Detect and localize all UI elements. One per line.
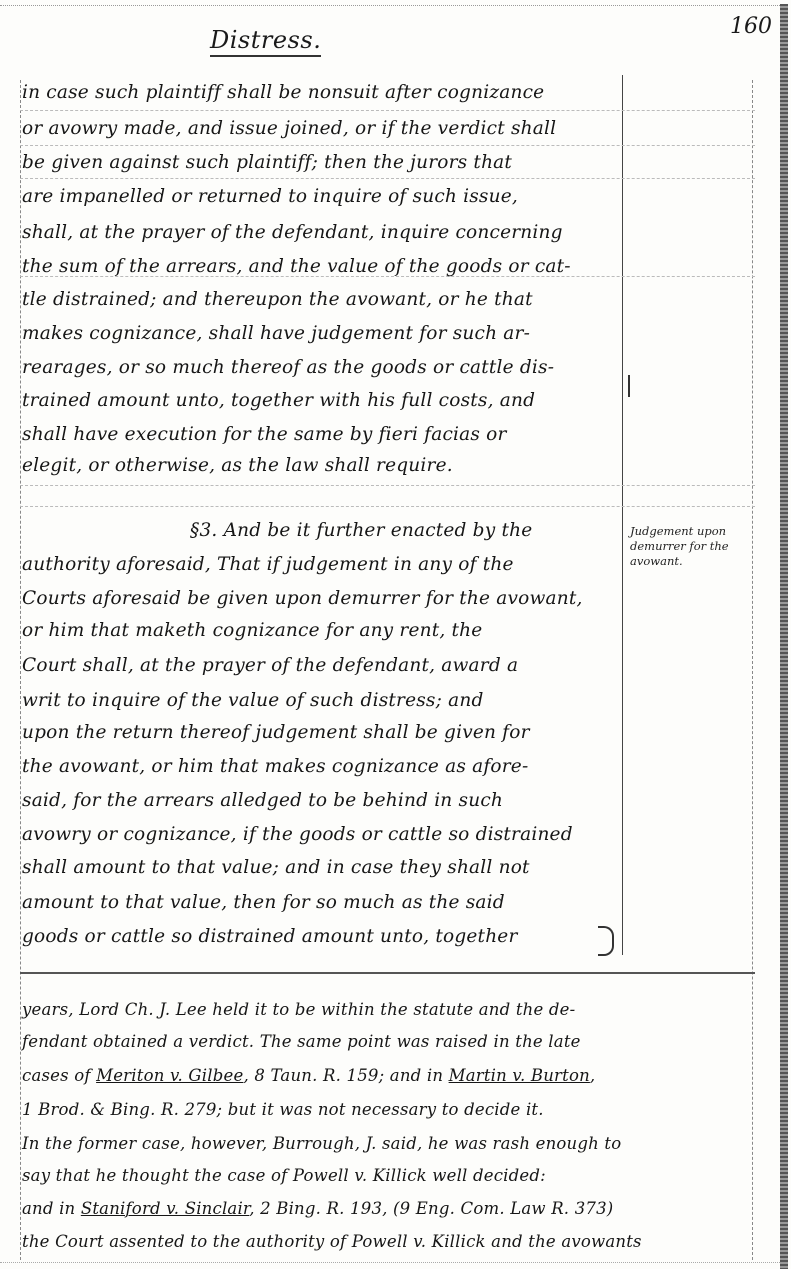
text-line: shall amount to that value; and in case … xyxy=(22,857,530,878)
text-line: Court shall, at the prayer of the defend… xyxy=(22,655,518,676)
ruled-line xyxy=(20,145,755,146)
text-line: elegit, or otherwise, as the law shall r… xyxy=(22,455,453,476)
text-line: goods or cattle so distrained amount unt… xyxy=(22,926,518,947)
text-line: avowry or cognizance, if the goods or ca… xyxy=(22,824,573,845)
footnote-separator xyxy=(20,972,755,974)
page-title: Distress. xyxy=(210,26,321,57)
page-number: 160 xyxy=(730,14,772,39)
footnote-line: 1 Brod. & Bing. R. 279; but it was not n… xyxy=(22,1100,544,1119)
page-top-edge xyxy=(0,0,780,6)
margin-note: Judgement upon demurrer for the avowant. xyxy=(630,524,750,569)
footnote-line: cases of Meriton v. Gilbee, 8 Taun. R. 1… xyxy=(22,1066,595,1085)
ruled-line xyxy=(20,178,755,179)
text-line: shall, at the prayer of the defendant, i… xyxy=(22,222,563,243)
right-margin-rule xyxy=(752,80,753,1260)
text-line: be given against such plaintiff; then th… xyxy=(22,152,512,173)
text-column-rule xyxy=(622,75,623,955)
ruled-line xyxy=(20,506,755,507)
footnote-line: years, Lord Ch. J. Lee held it to be wit… xyxy=(22,1000,575,1019)
text-line: or him that maketh cognizance for any re… xyxy=(22,620,482,641)
text-line: authority aforesaid, That if judgement i… xyxy=(22,554,514,575)
text-line: makes cognizance, shall have judgement f… xyxy=(22,323,530,344)
page-bottom-edge xyxy=(0,1262,780,1264)
case-name: Martin v. Burton xyxy=(449,1066,590,1085)
page-binding-edge xyxy=(780,4,788,1269)
text-line: writ to inquire of the value of such dis… xyxy=(22,690,484,711)
left-margin-rule xyxy=(20,80,21,1260)
text-line: in case such plaintiff shall be nonsuit … xyxy=(22,82,544,103)
ruled-line xyxy=(20,485,755,486)
text-line: or avowry made, and issue joined, or if … xyxy=(22,118,556,139)
section-heading-line: §3. And be it further enacted by the xyxy=(190,520,532,541)
text-line: the avowant, or him that makes cognizanc… xyxy=(22,756,528,777)
footnote-line: fendant obtained a verdict. The same poi… xyxy=(22,1032,581,1051)
text-line: shall have execution for the same by fie… xyxy=(22,424,507,445)
text-line: amount to that value, then for so much a… xyxy=(22,892,505,913)
text-line: said, for the arrears alledged to be beh… xyxy=(22,790,503,811)
text-line: Courts aforesaid be given upon demurrer … xyxy=(22,588,583,609)
footnote-line: In the former case, however, Burrough, J… xyxy=(22,1134,621,1153)
text-line: are impanelled or returned to inquire of… xyxy=(22,186,518,207)
continuation-brace xyxy=(598,926,614,956)
text-line: rearages, or so much thereof as the good… xyxy=(22,357,554,378)
footnote-line: and in Staniford v. Sinclair, 2 Bing. R.… xyxy=(22,1199,613,1218)
margin-mark xyxy=(628,375,630,397)
case-name: Staniford v. Sinclair xyxy=(81,1199,249,1218)
footnote-line: the Court assented to the authority of P… xyxy=(22,1232,642,1251)
text-line: tle distrained; and thereupon the avowan… xyxy=(22,289,533,310)
manuscript-page: Distress. 160 in case such plaintiff sha… xyxy=(0,0,791,1269)
text-line: the sum of the arrears, and the value of… xyxy=(22,256,571,277)
text-line: upon the return thereof judgement shall … xyxy=(22,722,530,743)
footnote-line: say that he thought the case of Powell v… xyxy=(22,1166,546,1185)
case-name: Meriton v. Gilbee xyxy=(96,1066,243,1085)
text-line: trained amount unto, together with his f… xyxy=(22,390,535,411)
ruled-line xyxy=(20,110,755,111)
